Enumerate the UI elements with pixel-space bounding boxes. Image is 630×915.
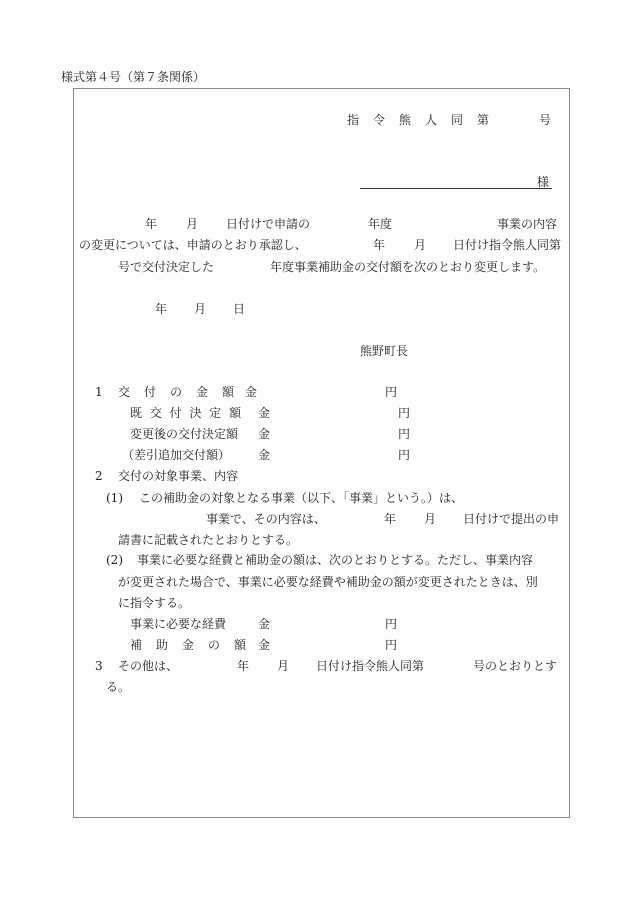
form-label: 様式第４号（第７条関係）: [61, 70, 205, 84]
section2-number: 2: [95, 469, 103, 483]
section1-row2-label: 変更後の交付決定額: [130, 427, 238, 441]
date-day: 日: [233, 302, 245, 316]
section1-row2-yen: 円: [398, 427, 410, 441]
section2-item1-line2-month: 月: [424, 512, 436, 526]
section1-row1-label: 既 交 付 決 定 額: [130, 406, 243, 420]
section1-row1-kin: 金: [258, 406, 270, 420]
reference-number-suffix: 号: [539, 113, 551, 127]
section1-kin: 金: [245, 385, 257, 399]
reference-number-prefix: 指 令 熊 人 同 第: [347, 113, 490, 127]
recipient-name-line: [360, 188, 552, 189]
section2-title: 交付の対象事業、内容: [118, 469, 238, 483]
body-line3-start: 号で交付決定した: [118, 260, 214, 274]
section3-number: 3: [95, 659, 103, 673]
section1-row2-kin: 金: [258, 427, 270, 441]
issuer: 熊野町長: [360, 344, 408, 358]
section2-item2-row1-label: 事業に必要な経費: [130, 617, 226, 631]
body-line1-fiscal: 年度: [368, 217, 392, 231]
section2-item2-row2-label: 補 助 金 の 額: [130, 638, 247, 652]
section2-item2-line3: に指令する。: [118, 596, 190, 610]
section2-item2-row2-yen: 円: [385, 638, 397, 652]
section1-yen: 円: [385, 385, 397, 399]
body-line2-month: 月: [414, 238, 426, 252]
section2-item2-row1-kin: 金: [258, 617, 270, 631]
section2-item1-line2-start: 事業で、その内容は、: [206, 512, 326, 526]
section2-item2-row2-kin: 金: [258, 638, 270, 652]
section1-row3-label: （差引追加交付額）: [122, 448, 230, 462]
section3-line1-mid: 日付け指令熊人同第: [316, 659, 424, 673]
recipient-suffix: 様: [537, 175, 549, 189]
body-line2-year: 年: [373, 238, 385, 252]
body-line1-year: 年: [145, 217, 157, 231]
section1-row1-yen: 円: [398, 406, 410, 420]
section2-item2-number: (2): [106, 553, 123, 567]
body-line1-rest: 日付けで申請の: [226, 217, 310, 231]
section1-number: 1: [95, 385, 103, 399]
body-line3-end: 年度事業補助金の交付額を次のとおり変更します。: [270, 260, 545, 274]
section1-row3-kin: 金: [258, 448, 270, 462]
section2-item1-line3: 請書に記載されたとおりとする。: [118, 533, 298, 547]
section2-item1-line2-end: 日付けで提出の申: [463, 512, 559, 526]
section1-row3-yen: 円: [398, 448, 410, 462]
section3-line1-end: 号のとおりとす: [473, 659, 557, 673]
section2-item2-row1-yen: 円: [385, 617, 397, 631]
body-line1-end: 事業の内容: [497, 217, 557, 231]
body-line2-end: 日付け指令熊人同第: [453, 238, 561, 252]
section1-title: 交 付 の 金 額: [118, 385, 235, 399]
section2-item1-line2-year: 年: [384, 512, 396, 526]
section3-line1-month: 月: [277, 659, 289, 673]
body-line1-month: 月: [186, 217, 198, 231]
section2-item2-line1: 事業に必要な経費と補助金の額は、次のとおりとする。ただし、事業内容: [137, 553, 533, 567]
date-month: 月: [194, 302, 206, 316]
section3-line1-start: その他は、: [118, 659, 178, 673]
section2-item2-line2: が変更された場合で、事業に必要な経費や補助金の額が変更されたときは、別: [118, 575, 538, 589]
section3-line1-year: 年: [237, 659, 249, 673]
section2-item1-line1: この補助金の対象となる事業（以下、「事業」という。）は、: [139, 491, 463, 505]
date-year: 年: [155, 302, 167, 316]
body-line2-start: の変更については、申請のとおり承認し、: [79, 238, 307, 252]
section3-line2: る。: [106, 680, 130, 694]
section2-item1-number: (1): [106, 491, 123, 505]
